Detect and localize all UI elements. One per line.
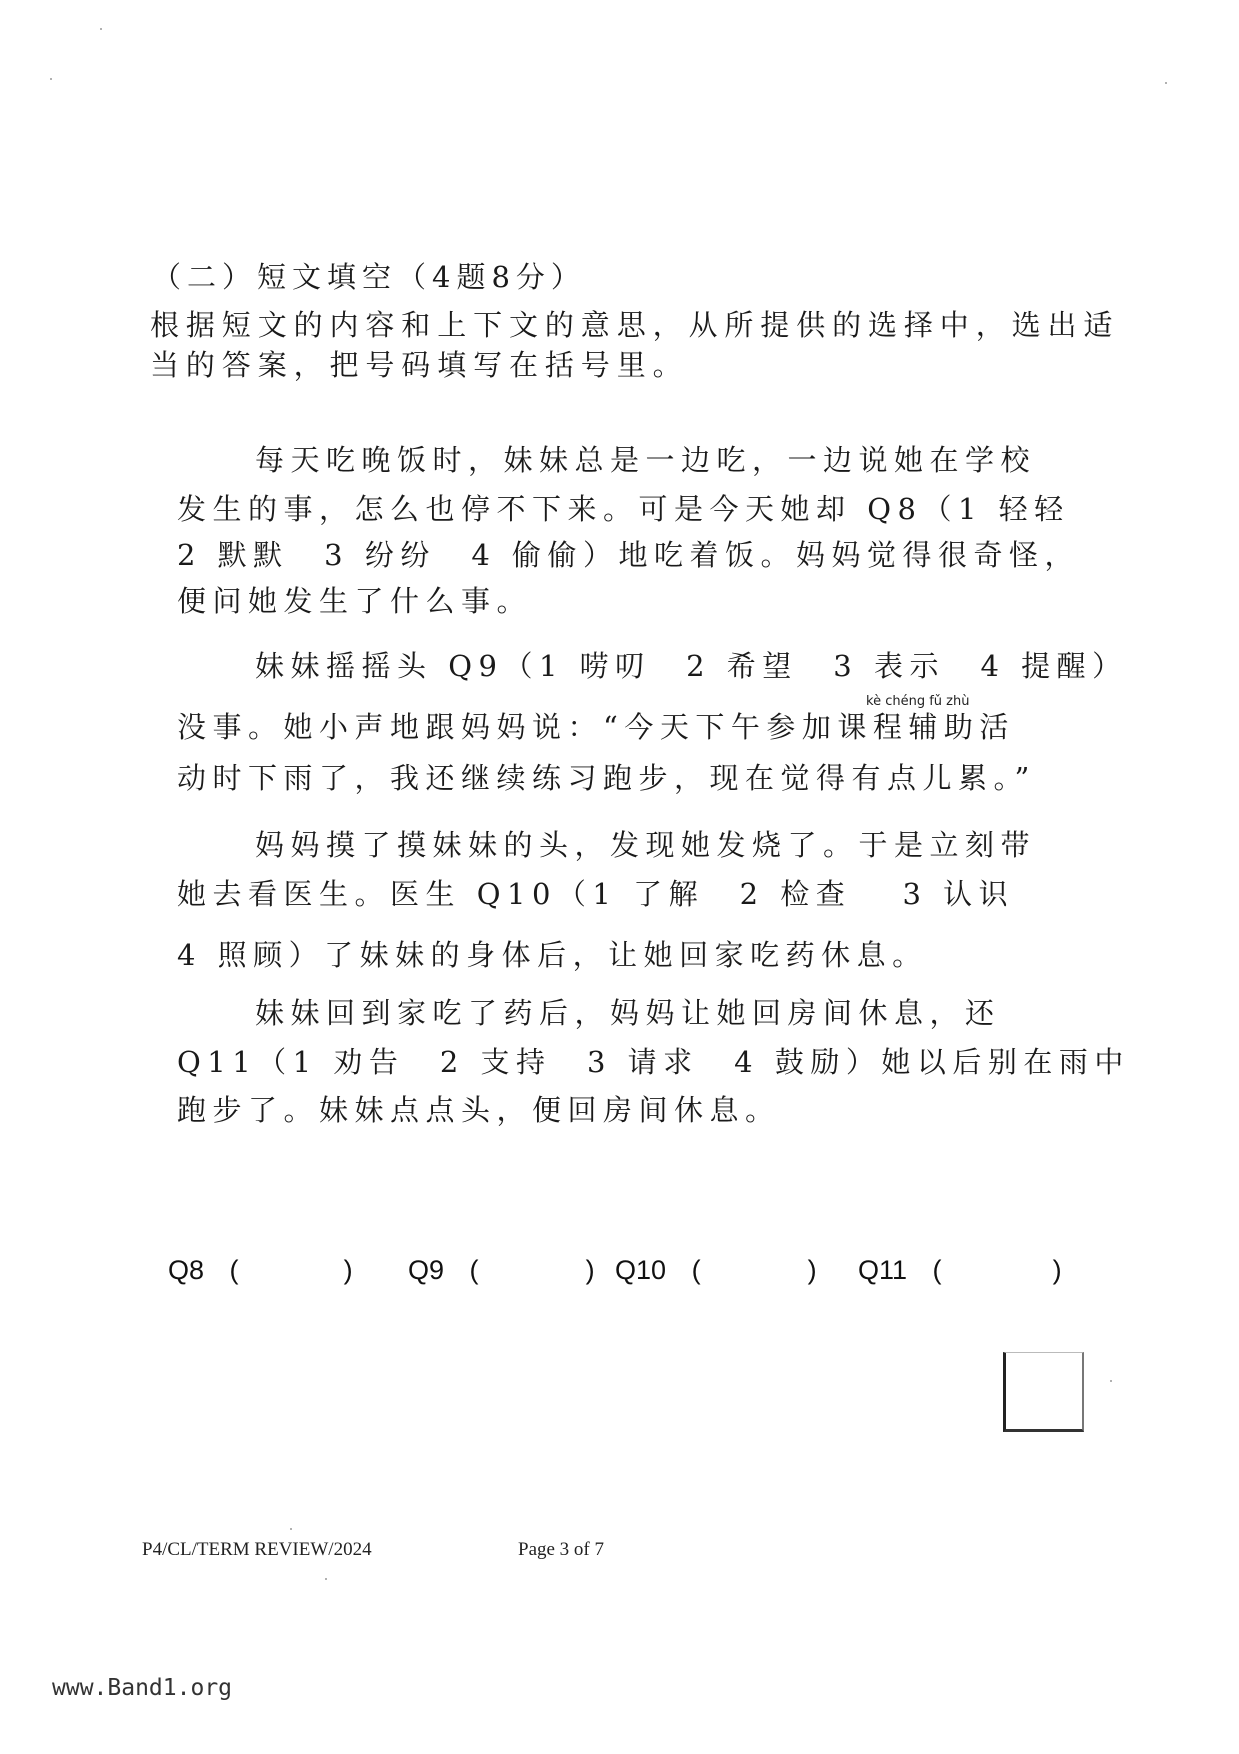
close-paren: ) [808, 1255, 817, 1286]
p1-line-1: 每天吃晚饭时，妹妹总是一边吃，一边说她在学校 [255, 446, 1036, 475]
answer-q10[interactable]: Q10 ( ) [615, 1255, 817, 1286]
p4-line-3: 跑步了。妹妹点点头，便回房间休息。 [177, 1096, 781, 1125]
instruction-line-2: 当的答案，把号码填写在括号里。 [150, 343, 689, 384]
footer-page-number: Page 3 of 7 [518, 1539, 604, 1561]
open-paren: ( [692, 1255, 701, 1286]
scan-speck [290, 1528, 292, 1530]
p2-line-2: 没事。她小声地跟妈妈说：“今天下午参加课程辅助活 [177, 713, 1015, 742]
answer-q9[interactable]: Q9 ( ) [408, 1255, 595, 1286]
q8-label: Q8 [168, 1255, 204, 1286]
section-title: （二）短文填空（4题8分） [152, 255, 586, 296]
instruction-line-1: 根据短文的内容和上下文的意思，从所提供的选择中，选出适 [150, 303, 1119, 344]
answer-q11[interactable]: Q11 ( ) [858, 1255, 1062, 1286]
close-paren: ) [344, 1255, 353, 1286]
open-paren: ( [230, 1255, 239, 1286]
scan-speck [325, 1578, 327, 1580]
p4-line-1: 妹妹回到家吃了药后，妈妈让她回房间休息，还 [255, 999, 1001, 1028]
q9-label: Q9 [408, 1255, 444, 1286]
open-paren: ( [470, 1255, 479, 1286]
scan-speck [50, 78, 52, 80]
answer-q8[interactable]: Q8 ( ) [168, 1255, 353, 1286]
watermark: www.Band1.org [52, 1675, 232, 1701]
scan-speck [1110, 1380, 1112, 1382]
close-paren: ) [1053, 1255, 1062, 1286]
p2-line-1: 妹妹摇摇头 Q9（1 唠叨 2 希望 3 表示 4 提醒） [255, 652, 1128, 681]
p1-line-4: 便问她发生了什么事。 [177, 587, 532, 616]
p4-line-2: Q11（1 劝告 2 支持 3 请求 4 鼓励）她以后别在雨中 [177, 1048, 1130, 1077]
footer-code: P4/CL/TERM REVIEW/2024 [142, 1539, 372, 1561]
q11-label: Q11 [858, 1255, 907, 1286]
p2-line-3: 动时下雨了，我还继续练习跑步，现在觉得有点儿累。” [177, 764, 1036, 793]
p1-line-3: 2 默默 3 纷纷 4 偷偷）地吃着饭。妈妈觉得很奇怪， [177, 541, 1080, 570]
scan-speck [100, 28, 102, 30]
answer-row: Q8 ( ) Q9 ( ) Q10 ( ) Q11 ( ) [0, 1255, 1239, 1295]
p3-line-3: 4 照顾）了妹妹的身体后，让她回家吃药休息。 [177, 941, 928, 970]
p3-line-1: 妈妈摸了摸妹妹的头，发现她发烧了。于是立刻带 [255, 831, 1036, 860]
pinyin-annotation: kè chéng fǔ zhù [866, 694, 969, 709]
p1-line-2: 发生的事，怎么也停不下来。可是今天她却 Q8（1 轻轻 [177, 495, 1070, 524]
p3-line-2: 她去看医生。医生 Q10（1 了解 2 检查 3 认识 [177, 880, 1014, 909]
open-paren: ( [933, 1255, 942, 1286]
q10-label: Q10 [615, 1255, 666, 1286]
score-box[interactable] [1003, 1352, 1084, 1432]
close-paren: ) [586, 1255, 595, 1286]
scan-speck [1165, 82, 1167, 84]
